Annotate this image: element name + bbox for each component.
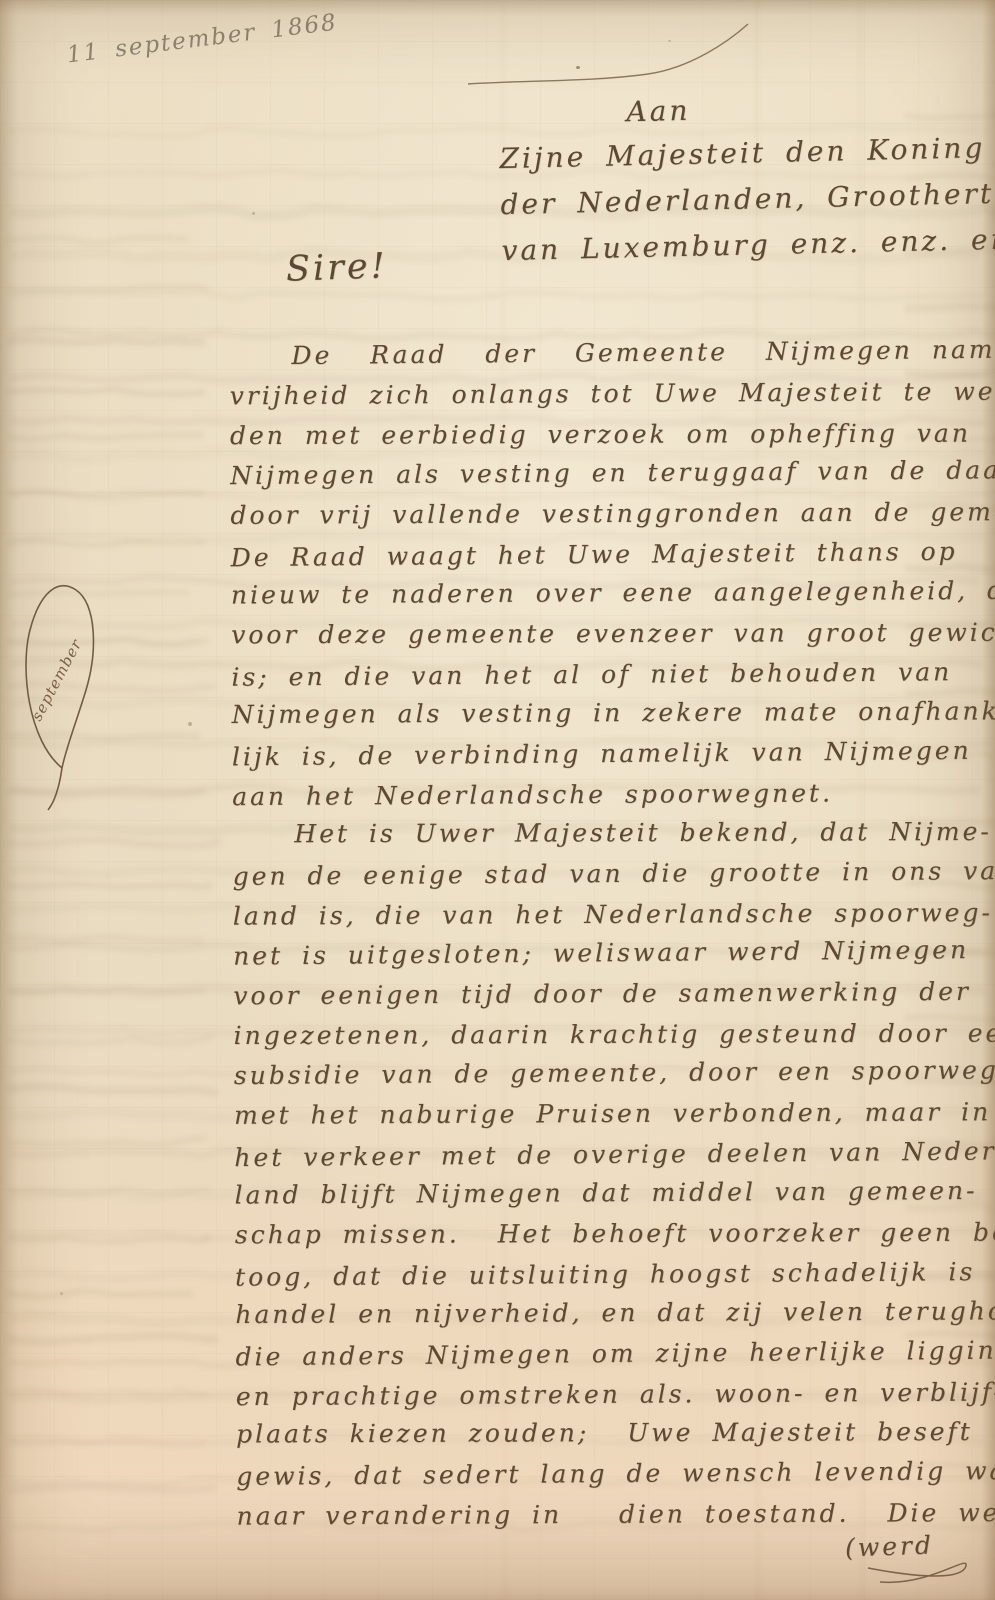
catchword-flourish: [868, 1563, 966, 1582]
address-block: AanZijne Majesteit den Koningder Nederla…: [498, 82, 995, 274]
manuscript-line: plaats kiezen zouden; Uwe Majesteit bese…: [236, 1412, 995, 1455]
bleedthrough-line: [8, 840, 218, 846]
bleedthrough-line: [8, 989, 205, 993]
bleedthrough-line: [8, 1188, 207, 1194]
manuscript-line: ingezetenen, daarin krachtig gesteund do…: [234, 1014, 995, 1057]
bleedthrough-line: [8, 1236, 209, 1242]
manuscript-line: door vrij vallende vestinggronden aan de…: [230, 492, 992, 536]
bleedthrough-line: [8, 1442, 205, 1445]
bleedthrough-line: [10, 292, 985, 299]
bleedthrough-line: [8, 1390, 205, 1394]
manuscript-line: en prachtige omstreken als. woon- en ver…: [236, 1372, 995, 1417]
manuscript-line: De Raad der Gemeente Nijmegen nam de: [229, 330, 991, 377]
manuscript-line: met het naburige Pruisen verbonden, maar…: [234, 1092, 995, 1136]
manuscript-page: 11 september 1868 september AanZijne Maj…: [0, 0, 995, 1600]
catchword: (werd: [845, 1530, 935, 1562]
bleedthrough-line: [8, 287, 206, 291]
bleedthrough-line: [8, 541, 205, 546]
ink-speck: [188, 722, 192, 726]
manuscript-line: lijk is, de verbinding namelijk van Nijm…: [232, 731, 994, 778]
manuscript-line: vrijheid zich onlangs tot Uwe Majesteit …: [230, 372, 992, 417]
margin-paraph: september: [26, 586, 93, 810]
letter-body: De Raad der Gemeente Nijmegen nam devrij…: [229, 332, 995, 1537]
bleedthrough-line: [8, 492, 205, 495]
manuscript-line: toog, dat die uitsluiting hoogst schadel…: [235, 1252, 995, 1298]
pencil-date-note: 11 september 1868: [65, 9, 339, 68]
ink-speck: [576, 66, 580, 69]
salutation: Sire!: [285, 246, 388, 290]
manuscript-line: voor eenigen tijd door de samenwerking d…: [233, 972, 995, 1017]
bleedthrough-line: [8, 389, 205, 394]
manuscript-line: nieuw te naderen over eene aangelegenhei…: [231, 571, 993, 616]
manuscript-line: net is uitgesloten; weliswaar werd Nijme…: [233, 930, 995, 977]
bleedthrough-line: [8, 639, 206, 644]
bleedthrough-line: [8, 1486, 213, 1490]
manuscript-line: Nijmegen als vesting en teruggaaf van de…: [230, 450, 992, 496]
ink-speck: [60, 1292, 63, 1295]
margin-paraph-text: september: [28, 636, 86, 724]
manuscript-line: schap missen. Het behoeft voorzeker geen…: [235, 1213, 995, 1256]
bleedthrough-line: [8, 1139, 205, 1145]
ink-speck: [668, 40, 671, 42]
bleedthrough-line: [8, 883, 209, 887]
bleedthrough-line: [8, 340, 205, 343]
manuscript-line: den met eerbiedig verzoek om opheffing v…: [230, 414, 992, 457]
bleedthrough-line: [8, 592, 189, 594]
manuscript-line: land blijft Nijmegen dat middel van geme…: [234, 1171, 995, 1216]
bleedthrough-line: [8, 435, 204, 439]
manuscript-line: voor deze gemeente evenzeer van groot ge…: [231, 613, 993, 656]
aan-flourish: [468, 24, 748, 84]
manuscript-line: die anders Nijmegen om zijne heerlijke l…: [235, 1331, 995, 1378]
manuscript-line: Nijmegen als vesting in zekere mate onaf…: [232, 691, 994, 735]
manuscript-line: handel en nijverheid, en dat zij velen t…: [235, 1291, 995, 1335]
bleedthrough-line: [8, 734, 199, 738]
manuscript-line: gewis, dat sedert lang de wensch levendi…: [236, 1451, 995, 1497]
manuscript-line: Het is Uwer Majesteit bekend, dat Nijme-: [232, 812, 994, 855]
manuscript-line: naar verandering in dien toestand. Die w…: [236, 1493, 995, 1537]
bleedthrough-line: [8, 1291, 193, 1296]
manuscript-line: aan het Nederlandsche spoorwegnet.: [232, 772, 994, 817]
ink-speck: [252, 212, 255, 215]
manuscript-line: is; en die van het al of niet behouden v…: [231, 652, 993, 698]
bleedthrough-line: [8, 1336, 215, 1342]
manuscript-line: subsidie van de gemeente, door een spoor…: [234, 1050, 995, 1096]
bleedthrough-line: [8, 684, 213, 690]
bleedthrough-line: [8, 1087, 215, 1093]
bleedthrough-line: [905, 306, 995, 310]
bleedthrough-line: [8, 790, 205, 795]
manuscript-line: gen de eenige stad van die grootte in on…: [232, 851, 994, 897]
bleedthrough-line: [8, 1037, 210, 1043]
bleedthrough-line: [8, 938, 203, 942]
bleedthrough-line: [8, 238, 188, 243]
